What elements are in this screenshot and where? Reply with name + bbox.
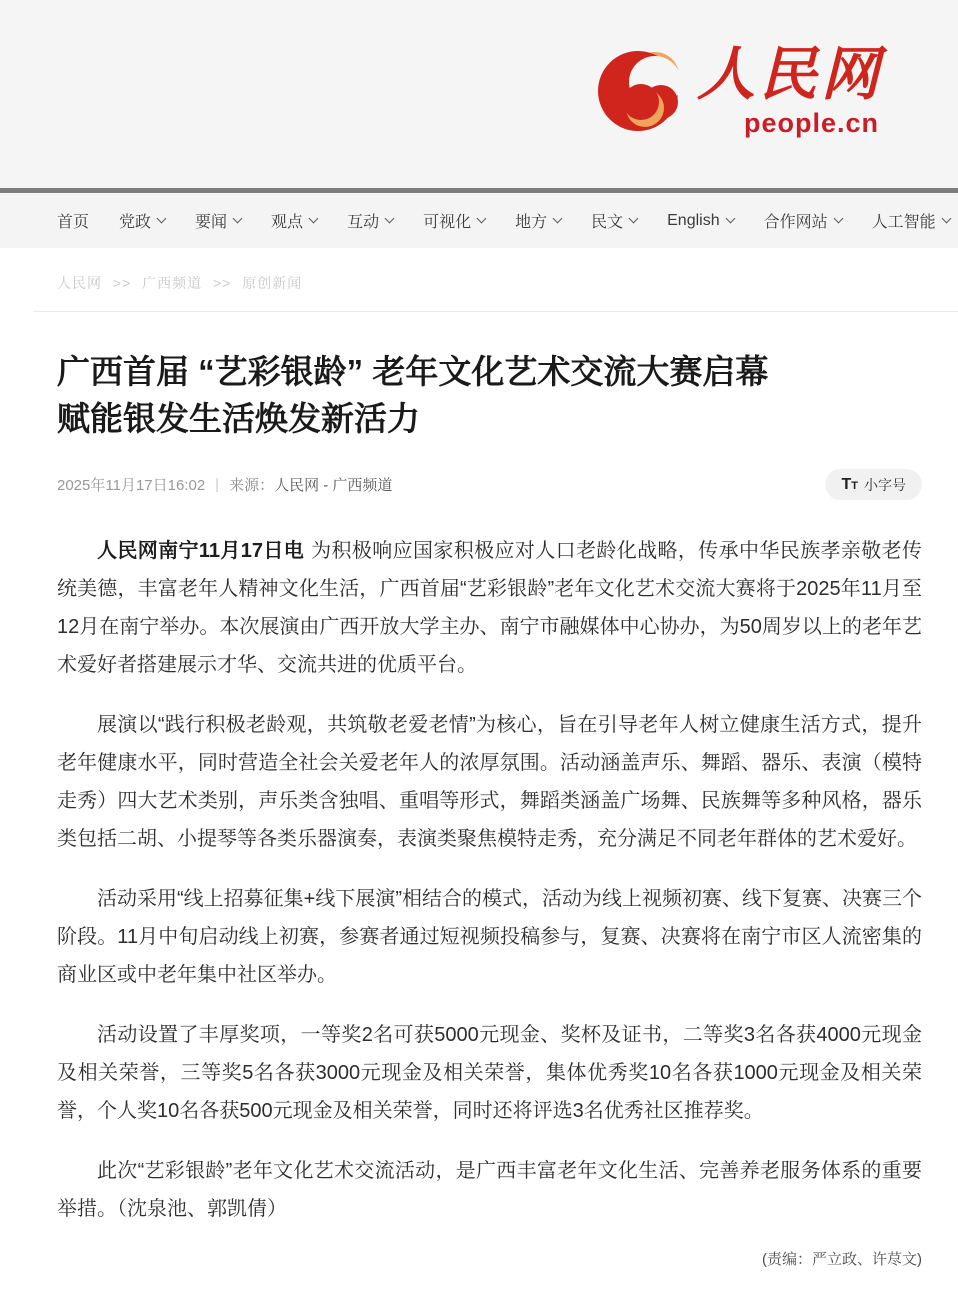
nav-item-english[interactable]: English: [667, 212, 733, 230]
article-paragraph: 人民网南宁11月17日电为积极响应国家积极应对人口老龄化战略，传承中华民族孝亲敬…: [57, 532, 922, 684]
chevron-down-icon: [725, 214, 735, 224]
article-paragraph: 活动采用“线上招募征集+线下展演”相结合的模式，活动为线上视频初赛、线下复赛、决…: [57, 880, 922, 994]
editor-credit: (责编：严立政、许荩文): [57, 1250, 922, 1270]
article-title: 广西首届 “艺彩银龄” 老年文化艺术交流大赛启幕 赋能银发生活焕发新活力: [57, 348, 922, 442]
dateline: 人民网南宁11月17日电: [97, 540, 304, 562]
chevron-down-icon: [833, 214, 843, 224]
nav-item-guandian[interactable]: 观点: [271, 209, 317, 232]
breadcrumb-separator: >>: [113, 275, 131, 291]
chevron-down-icon: [309, 214, 319, 224]
nav-item-difang[interactable]: 地方: [515, 209, 561, 232]
breadcrumb-link-people[interactable]: 人民网: [57, 275, 102, 291]
article-paragraph: 此次“艺彩银龄”老年文化艺术交流活动，是广西丰富老年文化生活、完善养老服务体系的…: [57, 1152, 922, 1228]
breadcrumb-link-original-news[interactable]: 原创新闻: [242, 275, 302, 291]
article-body: 人民网南宁11月17日电为积极响应国家积极应对人口老龄化战略，传承中华民族孝亲敬…: [57, 532, 922, 1228]
small-font-size-button[interactable]: TT 小字号: [825, 469, 922, 500]
breadcrumb-separator: >>: [213, 275, 231, 291]
site-logo[interactable]: 人民网 people.cn: [595, 44, 883, 138]
main-navigation: 首页 党政 要闻 观点 互动 可视化 地方 民文 English 合作网站 人工…: [0, 193, 958, 248]
nav-item-minwen[interactable]: 民文: [591, 209, 637, 232]
article-date: 2025年11月17日16:02: [57, 474, 205, 495]
chevron-down-icon: [233, 214, 243, 224]
nav-item-rengongzhineng[interactable]: 人工智能: [872, 209, 950, 232]
article-meta-row: 2025年11月17日16:02 | 来源： 人民网 - 广西频道 TT 小字号: [57, 469, 922, 500]
logo-domain-text: people.cn: [744, 108, 879, 138]
breadcrumb-link-guangxi-channel[interactable]: 广西频道: [142, 275, 202, 291]
nav-item-yaowen[interactable]: 要闻: [195, 209, 241, 232]
people-cn-logo-icon: [595, 44, 687, 136]
site-header: 人民网 people.cn: [0, 0, 958, 188]
breadcrumb: 人民网 >> 广西频道 >> 原创新闻: [57, 273, 922, 293]
article-page: 人民网 >> 广西频道 >> 原创新闻 广西首届 “艺彩银龄” 老年文化艺术交流…: [0, 273, 958, 1270]
chevron-down-icon: [629, 214, 639, 224]
nav-item-hezuowangzhan[interactable]: 合作网站: [764, 209, 842, 232]
chevron-down-icon: [385, 214, 395, 224]
logo-chinese-text: 人民网: [697, 44, 883, 106]
nav-item-hudong[interactable]: 互动: [347, 209, 393, 232]
article-paragraph: 活动设置了丰厚奖项，一等奖2名可获5000元现金、奖杯及证书，二等奖3名各获40…: [57, 1016, 922, 1130]
nav-item-dangzheng[interactable]: 党政: [119, 209, 165, 232]
chevron-down-icon: [157, 214, 167, 224]
source-link[interactable]: 人民网 - 广西频道: [274, 474, 392, 495]
breadcrumb-divider: [33, 311, 958, 312]
meta-separator: |: [215, 476, 219, 493]
article-title-line2: 赋能银发生活焕发新活力: [57, 395, 922, 442]
font-size-icon: TT: [841, 476, 858, 494]
article-meta: 2025年11月17日16:02 | 来源： 人民网 - 广西频道: [57, 474, 392, 495]
nav-item-keshihua[interactable]: 可视化: [423, 209, 485, 232]
font-size-button-label: 小字号: [864, 475, 906, 495]
chevron-down-icon: [477, 214, 487, 224]
logo-text: 人民网 people.cn: [697, 44, 883, 138]
chevron-down-icon: [553, 214, 563, 224]
chevron-down-icon: [941, 214, 951, 224]
article-paragraph: 展演以“践行积极老龄观，共筑敬老爱老情”为核心，旨在引导老年人树立健康生活方式，…: [57, 706, 922, 858]
article-title-line1: 广西首届 “艺彩银龄” 老年文化艺术交流大赛启幕: [57, 348, 922, 395]
source-label: 来源：: [229, 474, 274, 495]
nav-item-home[interactable]: 首页: [57, 209, 89, 232]
